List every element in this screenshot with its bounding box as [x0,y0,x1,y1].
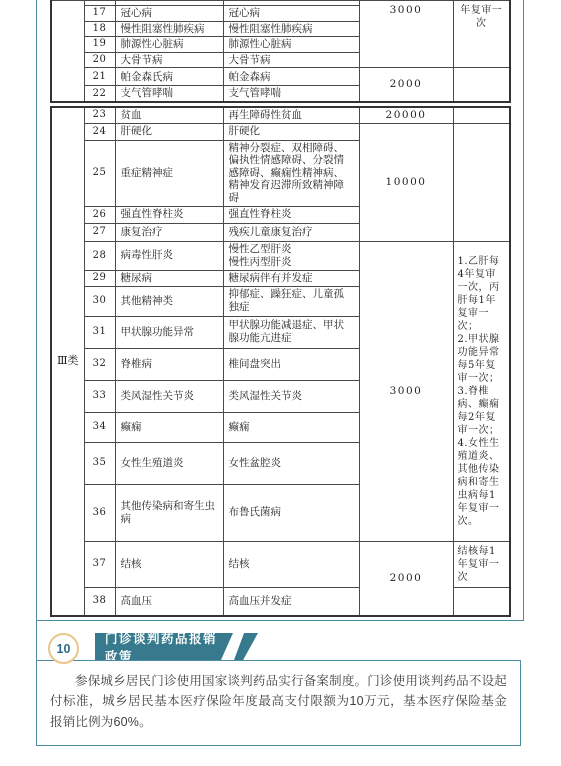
cell-diagnosis: 椎间盘突出 [223,348,359,380]
page: 3000 年复审一次 17 冠心病 冠心病 18 慢性阻塞性肺疾病 慢性阻塞性肺… [0,0,561,766]
cell-note [453,68,510,102]
cell-no: 22 [84,86,115,102]
cell-amount: 10000 [359,123,453,241]
cell-disease: 慢性阻塞性肺疾病 [115,21,223,37]
cell-no: 18 [84,21,115,37]
disease-table-block-2: Ⅲ类 23 贫血 再生障碍性贫血 20000 24 肝硬化 肝硬化 10000 … [50,106,511,617]
cell-disease: 冠心病 [115,6,223,22]
policy-paragraph: 参保城乡居民门诊使用国家谈判药品实行备案制度。门诊使用谈判药品不设起付标准，城乡… [50,671,507,732]
cell-amount: 2000 [359,68,453,102]
table-row: 28 病毒性肝炎 慢性乙型肝炎 慢性丙型肝炎 3000 1.乙肝每4年复审一次，… [51,241,510,270]
cell-disease: 大骨节病 [115,52,223,68]
cell-no: 28 [84,241,115,270]
cell-diagnosis: 精神分裂症、双相障碍、偏执性情感障碍、分裂情感障碍、癫痫性精神病、精神发育迟滞所… [223,140,359,206]
cell-no: 31 [84,316,115,348]
cell-diagnosis: 癫痫 [223,412,359,442]
cell-disease: 甲状腺功能异常 [115,316,223,348]
cell-diagnosis: 女性盆腔炎 [223,442,359,484]
cell-diagnosis: 强直性脊柱炎 [223,206,359,223]
cell-diagnosis: 冠心病 [223,6,359,22]
cell-no: 27 [84,223,115,241]
cell-disease: 贫血 [115,107,223,123]
cell-note: 年复审一次 [453,1,510,68]
cell-disease: 其他传染病和寄生虫病 [115,484,223,541]
cell-disease: 强直性脊柱炎 [115,206,223,223]
cell-disease: 病毒性肝炎 [115,241,223,270]
cell-no: 19 [84,37,115,53]
cell-no: 33 [84,380,115,412]
cell-amount: 3000 [359,241,453,541]
cell-no: 24 [84,123,115,140]
cell-no: 34 [84,412,115,442]
cell-amount: 20000 [359,107,453,123]
cell-disease: 重症精神症 [115,140,223,206]
cell-disease: 女性生殖道炎 [115,442,223,484]
table-row: Ⅲ类 23 贫血 再生障碍性贫血 20000 [51,107,510,123]
cell-no: 29 [84,270,115,286]
cell-diagnosis: 慢性乙型肝炎 慢性丙型肝炎 [223,241,359,270]
cell-diagnosis: 帕金森病 [223,68,359,86]
cell-no: 25 [84,140,115,206]
cell-diagnosis: 类风湿性关节炎 [223,380,359,412]
cell-no: 30 [84,286,115,316]
table-row: 24 肝硬化 肝硬化 10000 [51,123,510,140]
cell-diagnosis: 甲状腺功能减退症、甲状腺功能亢进症 [223,316,359,348]
cell-category [51,1,84,102]
cell-diagnosis: 结核 [223,541,359,587]
section-number-badge: 10 [48,633,79,664]
cell-disease: 肺源性心脏病 [115,37,223,53]
policy-card: 参保城乡居民门诊使用国家谈判药品实行备案制度。门诊使用谈判药品不设起付标准，城乡… [36,660,521,746]
cell-note: 1.乙肝每4年复审一次，丙肝每1年复审一次； 2.甲状腺功能异常每5年复审一次；… [453,241,510,541]
cell-diagnosis: 肺源性心脏病 [223,37,359,53]
cell-note [453,107,510,123]
cell-disease: 脊椎病 [115,348,223,380]
section-title-banner: 门诊谈判药品报销政策 [95,633,233,660]
table-row: 21 帕金森氏病 帕金森病 2000 [51,68,510,86]
cell-diagnosis: 慢性阻塞性肺疾病 [223,21,359,37]
cell-no: 26 [84,206,115,223]
disease-table-block-1: 3000 年复审一次 17 冠心病 冠心病 18 慢性阻塞性肺疾病 慢性阻塞性肺… [50,0,511,103]
cell-diagnosis: 肝硬化 [223,123,359,140]
cell-no: 23 [84,107,115,123]
cell-diagnosis: 大骨节病 [223,52,359,68]
cell-disease: 肝硬化 [115,123,223,140]
cell-disease: 康复治疗 [115,223,223,241]
cell-amount: 3000 [359,1,453,68]
cell-diagnosis: 残疾儿童康复治疗 [223,223,359,241]
cell-disease: 结核 [115,541,223,587]
cell-note: 结核每1年复审一次 [453,541,510,587]
section-banner-tail [234,633,258,660]
left-accent-line [36,620,37,661]
cell-disease: 类风湿性关节炎 [115,380,223,412]
cell-disease: 帕金森氏病 [115,68,223,86]
section-number: 10 [57,642,71,656]
cell-note [453,587,510,616]
section-title: 门诊谈判药品报销政策 [105,629,219,665]
cell-diagnosis: 高血压并发症 [223,587,359,616]
cell-note [453,123,510,241]
cell-diagnosis: 再生障碍性贫血 [223,107,359,123]
cell-no: 37 [84,541,115,587]
cell-disease: 其他精神类 [115,286,223,316]
cell-no: 17 [84,6,115,22]
cell-no: 35 [84,442,115,484]
cell-no: 20 [84,52,115,68]
cell-no: 32 [84,348,115,380]
cell-category: Ⅲ类 [51,107,84,616]
cell-diagnosis: 糖尿病伴有并发症 [223,270,359,286]
cell-no: 36 [84,484,115,541]
cell-diagnosis: 支气管哮喘 [223,86,359,102]
cell-disease: 支气管哮喘 [115,86,223,102]
cell-no: 21 [84,68,115,86]
cell-no: 38 [84,587,115,616]
table-row: 37 结核 结核 2000 结核每1年复审一次 [51,541,510,587]
cell-disease: 癫痫 [115,412,223,442]
disease-table-card: 3000 年复审一次 17 冠心病 冠心病 18 慢性阻塞性肺疾病 慢性阻塞性肺… [36,0,524,621]
cell-disease: 高血压 [115,587,223,616]
cell-disease: 糖尿病 [115,270,223,286]
cell-amount: 2000 [359,541,453,616]
cell-diagnosis: 抑郁症、躁狂症、儿童孤独症 [223,286,359,316]
cell-diagnosis: 布鲁氏菌病 [223,484,359,541]
